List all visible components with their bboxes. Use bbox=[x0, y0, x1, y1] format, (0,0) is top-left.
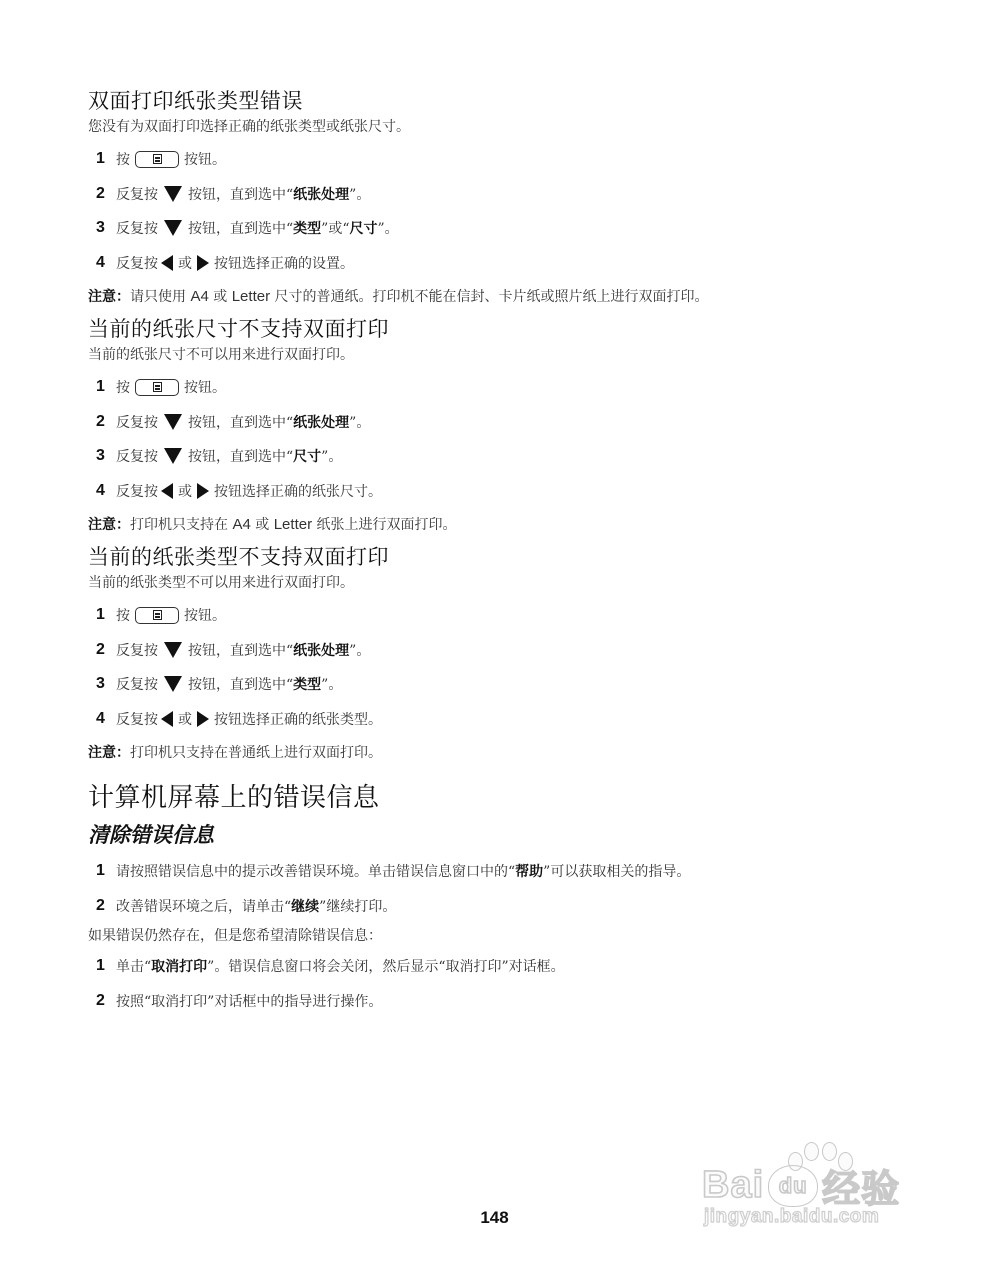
step-number: 1 bbox=[96, 957, 116, 975]
down-arrow-icon bbox=[164, 186, 182, 202]
step-text-pre: 按照“取消打印”对话框中的指导进行操作。 bbox=[116, 991, 382, 1011]
step-2: 2 改善错误环境之后，请单击“继续”继续打印。 bbox=[88, 889, 908, 924]
step-text-or: 或 bbox=[178, 481, 192, 501]
step-text-post: ”可以获取相关的指导。 bbox=[543, 861, 690, 881]
step-text-post: ”。 bbox=[349, 412, 370, 432]
note: 注意：请只使用 A4 或 Letter 尺寸的普通纸。打印机不能在信封、卡片纸或… bbox=[88, 280, 908, 314]
step-text-mid: 按钮，直到选中“ bbox=[188, 218, 293, 238]
left-arrow-icon bbox=[161, 711, 173, 727]
section-intro: 当前的纸张类型不可以用来进行双面打印。 bbox=[88, 572, 908, 594]
step-text-pre: 反复按 bbox=[116, 481, 158, 501]
cancel-print-label: 取消打印 bbox=[151, 956, 207, 976]
note-text: 请只使用 bbox=[130, 289, 190, 305]
step-text-post: ”。 bbox=[321, 674, 342, 694]
step-number: 2 bbox=[96, 897, 116, 915]
step-text-post: ”继续打印。 bbox=[319, 896, 396, 916]
continue-button-label: 继续 bbox=[291, 896, 319, 916]
right-arrow-icon bbox=[197, 483, 209, 499]
step-text: 请按照错误信息中的提示改善错误环境。单击错误信息窗口中的“帮助”可以获取相关的指… bbox=[116, 861, 690, 881]
step-number: 2 bbox=[96, 641, 116, 659]
step-1: 1 按按钮。 bbox=[88, 370, 908, 405]
note-label: 注意： bbox=[88, 289, 130, 305]
step-text-mid: 按钮，直到选中“ bbox=[188, 446, 293, 466]
step-1: 1 按按钮。 bbox=[88, 142, 908, 177]
step-3: 3 反复按按钮，直到选中“尺寸”。 bbox=[88, 439, 908, 474]
step-text: 反复按按钮，直到选中“尺寸”。 bbox=[116, 446, 342, 466]
section-title: 当前的纸张类型不支持双面打印 bbox=[88, 542, 908, 572]
step-text-post: 按钮选择正确的设置。 bbox=[214, 253, 354, 273]
step-text-pre: 按 bbox=[116, 605, 130, 625]
step-4: 4 反复按或按钮选择正确的设置。 bbox=[88, 246, 908, 281]
section-intro: 当前的纸张尺寸不可以用来进行双面打印。 bbox=[88, 344, 908, 366]
step-text-pre: 反复按 bbox=[116, 640, 158, 660]
step-1: 1 单击“取消打印”。错误信息窗口将会关闭，然后显示“取消打印”对话框。 bbox=[88, 949, 908, 984]
step-text: 按按钮。 bbox=[116, 149, 226, 169]
step-2: 2 反复按按钮，直到选中“纸张处理”。 bbox=[88, 177, 908, 212]
step-text-post: ”。 bbox=[349, 184, 370, 204]
step-number: 2 bbox=[96, 992, 116, 1010]
menu-option-label: 纸张处理 bbox=[293, 412, 349, 432]
step-text-post: 按钮。 bbox=[184, 605, 226, 625]
step-4: 4 反复按或按钮选择正确的纸张尺寸。 bbox=[88, 474, 908, 509]
step-text-pre: 反复按 bbox=[116, 412, 158, 432]
step-text-post: ”。 bbox=[378, 218, 399, 238]
section-paper-type-not-supported: 当前的纸张类型不支持双面打印 当前的纸张类型不可以用来进行双面打印。 1 按按钮… bbox=[88, 542, 908, 770]
section-title: 双面打印纸张类型错误 bbox=[88, 86, 908, 116]
step-text-or: 或 bbox=[178, 253, 192, 273]
step-text-or: 或 bbox=[178, 709, 192, 729]
step-text-pre: 反复按 bbox=[116, 184, 158, 204]
down-arrow-icon bbox=[164, 414, 182, 430]
step-text-mid: 按钮，直到选中“ bbox=[188, 412, 293, 432]
step-text-mid: 按钮，直到选中“ bbox=[188, 674, 293, 694]
section-duplex-paper-type-error: 双面打印纸张类型错误 您没有为双面打印选择正确的纸张类型或纸张尺寸。 1 按按钮… bbox=[88, 86, 908, 314]
note-text: 尺寸的普通纸。打印机不能在信封、卡片纸或照片纸上进行双面打印。 bbox=[270, 289, 708, 305]
paper-size-letter: Letter bbox=[274, 516, 312, 533]
step-text-post: 按钮选择正确的纸张类型。 bbox=[214, 709, 382, 729]
step-text: 反复按按钮，直到选中“纸张处理”。 bbox=[116, 640, 370, 660]
step-text-pre: 反复按 bbox=[116, 446, 158, 466]
paper-size-letter: Letter bbox=[232, 288, 270, 305]
menu-glyph-icon bbox=[153, 382, 162, 392]
step-text: 反复按按钮，直到选中“纸张处理”。 bbox=[116, 184, 370, 204]
left-arrow-icon bbox=[161, 255, 173, 271]
chapter-title: 计算机屏幕上的错误信息 bbox=[88, 778, 908, 818]
step-number: 3 bbox=[96, 675, 116, 693]
step-text: 反复按或按钮选择正确的纸张类型。 bbox=[116, 709, 382, 729]
note-text: 打印机只支持在普通纸上进行双面打印。 bbox=[130, 745, 382, 761]
paragraph: 如果错误仍然存在，但是您希望清除错误信息： bbox=[88, 923, 908, 949]
step-text: 按按钮。 bbox=[116, 605, 226, 625]
menu-button-icon bbox=[135, 607, 179, 624]
step-text-mid: 按钮，直到选中“ bbox=[188, 184, 293, 204]
step-text-post: 按钮选择正确的纸张尺寸。 bbox=[214, 481, 382, 501]
step-number: 3 bbox=[96, 219, 116, 237]
left-arrow-icon bbox=[161, 483, 173, 499]
step-text-post: ”。错误信息窗口将会关闭，然后显示“取消打印”对话框。 bbox=[207, 956, 564, 976]
note-text: 纸张上进行双面打印。 bbox=[312, 517, 456, 533]
step-text: 反复按按钮，直到选中“纸张处理”。 bbox=[116, 412, 370, 432]
note-label: 注意： bbox=[88, 517, 130, 533]
note-text: 或 bbox=[209, 289, 232, 305]
step-text-pre: 单击“ bbox=[116, 956, 151, 976]
step-text: 反复按或按钮选择正确的纸张尺寸。 bbox=[116, 481, 382, 501]
subsection-title: 清除错误信息 bbox=[88, 818, 908, 852]
step-2: 2 按照“取消打印”对话框中的指导进行操作。 bbox=[88, 984, 908, 1019]
watermark-logo: Bai du 经验 bbox=[702, 1158, 900, 1213]
note-text: 打印机只支持在 bbox=[130, 517, 232, 533]
down-arrow-icon bbox=[164, 676, 182, 692]
menu-button-icon bbox=[135, 379, 179, 396]
step-text-pre: 按 bbox=[116, 377, 130, 397]
step-text-post: ”。 bbox=[321, 446, 342, 466]
right-arrow-icon bbox=[197, 711, 209, 727]
step-4: 4 反复按或按钮选择正确的纸张类型。 bbox=[88, 702, 908, 737]
step-number: 4 bbox=[96, 254, 116, 272]
step-text: 按照“取消打印”对话框中的指导进行操作。 bbox=[116, 991, 382, 1011]
note: 注意：打印机只支持在 A4 或 Letter 纸张上进行双面打印。 bbox=[88, 508, 908, 542]
section-paper-size-not-supported: 当前的纸张尺寸不支持双面打印 当前的纸张尺寸不可以用来进行双面打印。 1 按按钮… bbox=[88, 314, 908, 542]
page-number: 148 bbox=[0, 1208, 989, 1228]
down-arrow-icon bbox=[164, 448, 182, 464]
note-text: 或 bbox=[251, 517, 274, 533]
step-text-mid: ”或“ bbox=[321, 218, 349, 238]
watermark-paw-text: du bbox=[779, 1173, 808, 1199]
step-text: 反复按按钮，直到选中“类型”。 bbox=[116, 674, 342, 694]
step-3: 3 反复按按钮，直到选中“类型”。 bbox=[88, 667, 908, 702]
paper-size-a4: A4 bbox=[232, 516, 250, 533]
paper-size-a4: A4 bbox=[190, 288, 208, 305]
step-2: 2 反复按按钮，直到选中“纸张处理”。 bbox=[88, 405, 908, 440]
step-number: 2 bbox=[96, 185, 116, 203]
step-number: 3 bbox=[96, 447, 116, 465]
down-arrow-icon bbox=[164, 220, 182, 236]
step-text-post: ”。 bbox=[349, 640, 370, 660]
step-number: 2 bbox=[96, 413, 116, 431]
step-text: 单击“取消打印”。错误信息窗口将会关闭，然后显示“取消打印”对话框。 bbox=[116, 956, 565, 976]
step-text-pre: 反复按 bbox=[116, 709, 158, 729]
section-computer-screen-errors: 计算机屏幕上的错误信息 清除错误信息 1 请按照错误信息中的提示改善错误环境。单… bbox=[88, 778, 908, 1018]
menu-option-label: 纸张处理 bbox=[293, 640, 349, 660]
step-text-pre: 请按照错误信息中的提示改善错误环境。单击错误信息窗口中的“ bbox=[116, 861, 515, 881]
step-3: 3 反复按按钮，直到选中“类型”或“尺寸”。 bbox=[88, 211, 908, 246]
step-text: 改善错误环境之后，请单击“继续”继续打印。 bbox=[116, 896, 396, 916]
step-text-pre: 反复按 bbox=[116, 674, 158, 694]
menu-option-label: 尺寸 bbox=[350, 218, 378, 238]
down-arrow-icon bbox=[164, 642, 182, 658]
menu-option-label: 类型 bbox=[293, 218, 321, 238]
menu-glyph-icon bbox=[153, 154, 162, 164]
step-text-pre: 按 bbox=[116, 149, 130, 169]
step-text: 反复按或按钮选择正确的设置。 bbox=[116, 253, 354, 273]
step-text-pre: 反复按 bbox=[116, 253, 158, 273]
step-text-pre: 改善错误环境之后，请单击“ bbox=[116, 896, 291, 916]
step-number: 1 bbox=[96, 606, 116, 624]
note: 注意：打印机只支持在普通纸上进行双面打印。 bbox=[88, 736, 908, 770]
right-arrow-icon bbox=[197, 255, 209, 271]
menu-option-label: 纸张处理 bbox=[293, 184, 349, 204]
step-2: 2 反复按按钮，直到选中“纸张处理”。 bbox=[88, 633, 908, 668]
watermark-brand-cn: 经验 bbox=[822, 1158, 900, 1213]
step-text: 反复按按钮，直到选中“类型”或“尺寸”。 bbox=[116, 218, 399, 238]
step-1: 1 按按钮。 bbox=[88, 598, 908, 633]
step-number: 1 bbox=[96, 862, 116, 880]
menu-option-label: 类型 bbox=[293, 674, 321, 694]
step-number: 1 bbox=[96, 378, 116, 396]
step-text-post: 按钮。 bbox=[184, 149, 226, 169]
step-text: 按按钮。 bbox=[116, 377, 226, 397]
watermark-brand: Bai bbox=[702, 1164, 764, 1207]
paw-icon: du bbox=[768, 1165, 818, 1207]
help-button-label: 帮助 bbox=[515, 861, 543, 881]
step-number: 4 bbox=[96, 710, 116, 728]
step-text-mid: 按钮，直到选中“ bbox=[188, 640, 293, 660]
section-title: 当前的纸张尺寸不支持双面打印 bbox=[88, 314, 908, 344]
menu-button-icon bbox=[135, 151, 179, 168]
note-label: 注意： bbox=[88, 745, 130, 761]
section-intro: 您没有为双面打印选择正确的纸张类型或纸张尺寸。 bbox=[88, 116, 908, 138]
document-page: 双面打印纸张类型错误 您没有为双面打印选择正确的纸张类型或纸张尺寸。 1 按按钮… bbox=[88, 86, 908, 1018]
step-number: 4 bbox=[96, 482, 116, 500]
menu-glyph-icon bbox=[153, 610, 162, 620]
menu-option-label: 尺寸 bbox=[293, 446, 321, 466]
step-text-post: 按钮。 bbox=[184, 377, 226, 397]
step-1: 1 请按照错误信息中的提示改善错误环境。单击错误信息窗口中的“帮助”可以获取相关… bbox=[88, 854, 908, 889]
step-text-pre: 反复按 bbox=[116, 218, 158, 238]
step-number: 1 bbox=[96, 150, 116, 168]
